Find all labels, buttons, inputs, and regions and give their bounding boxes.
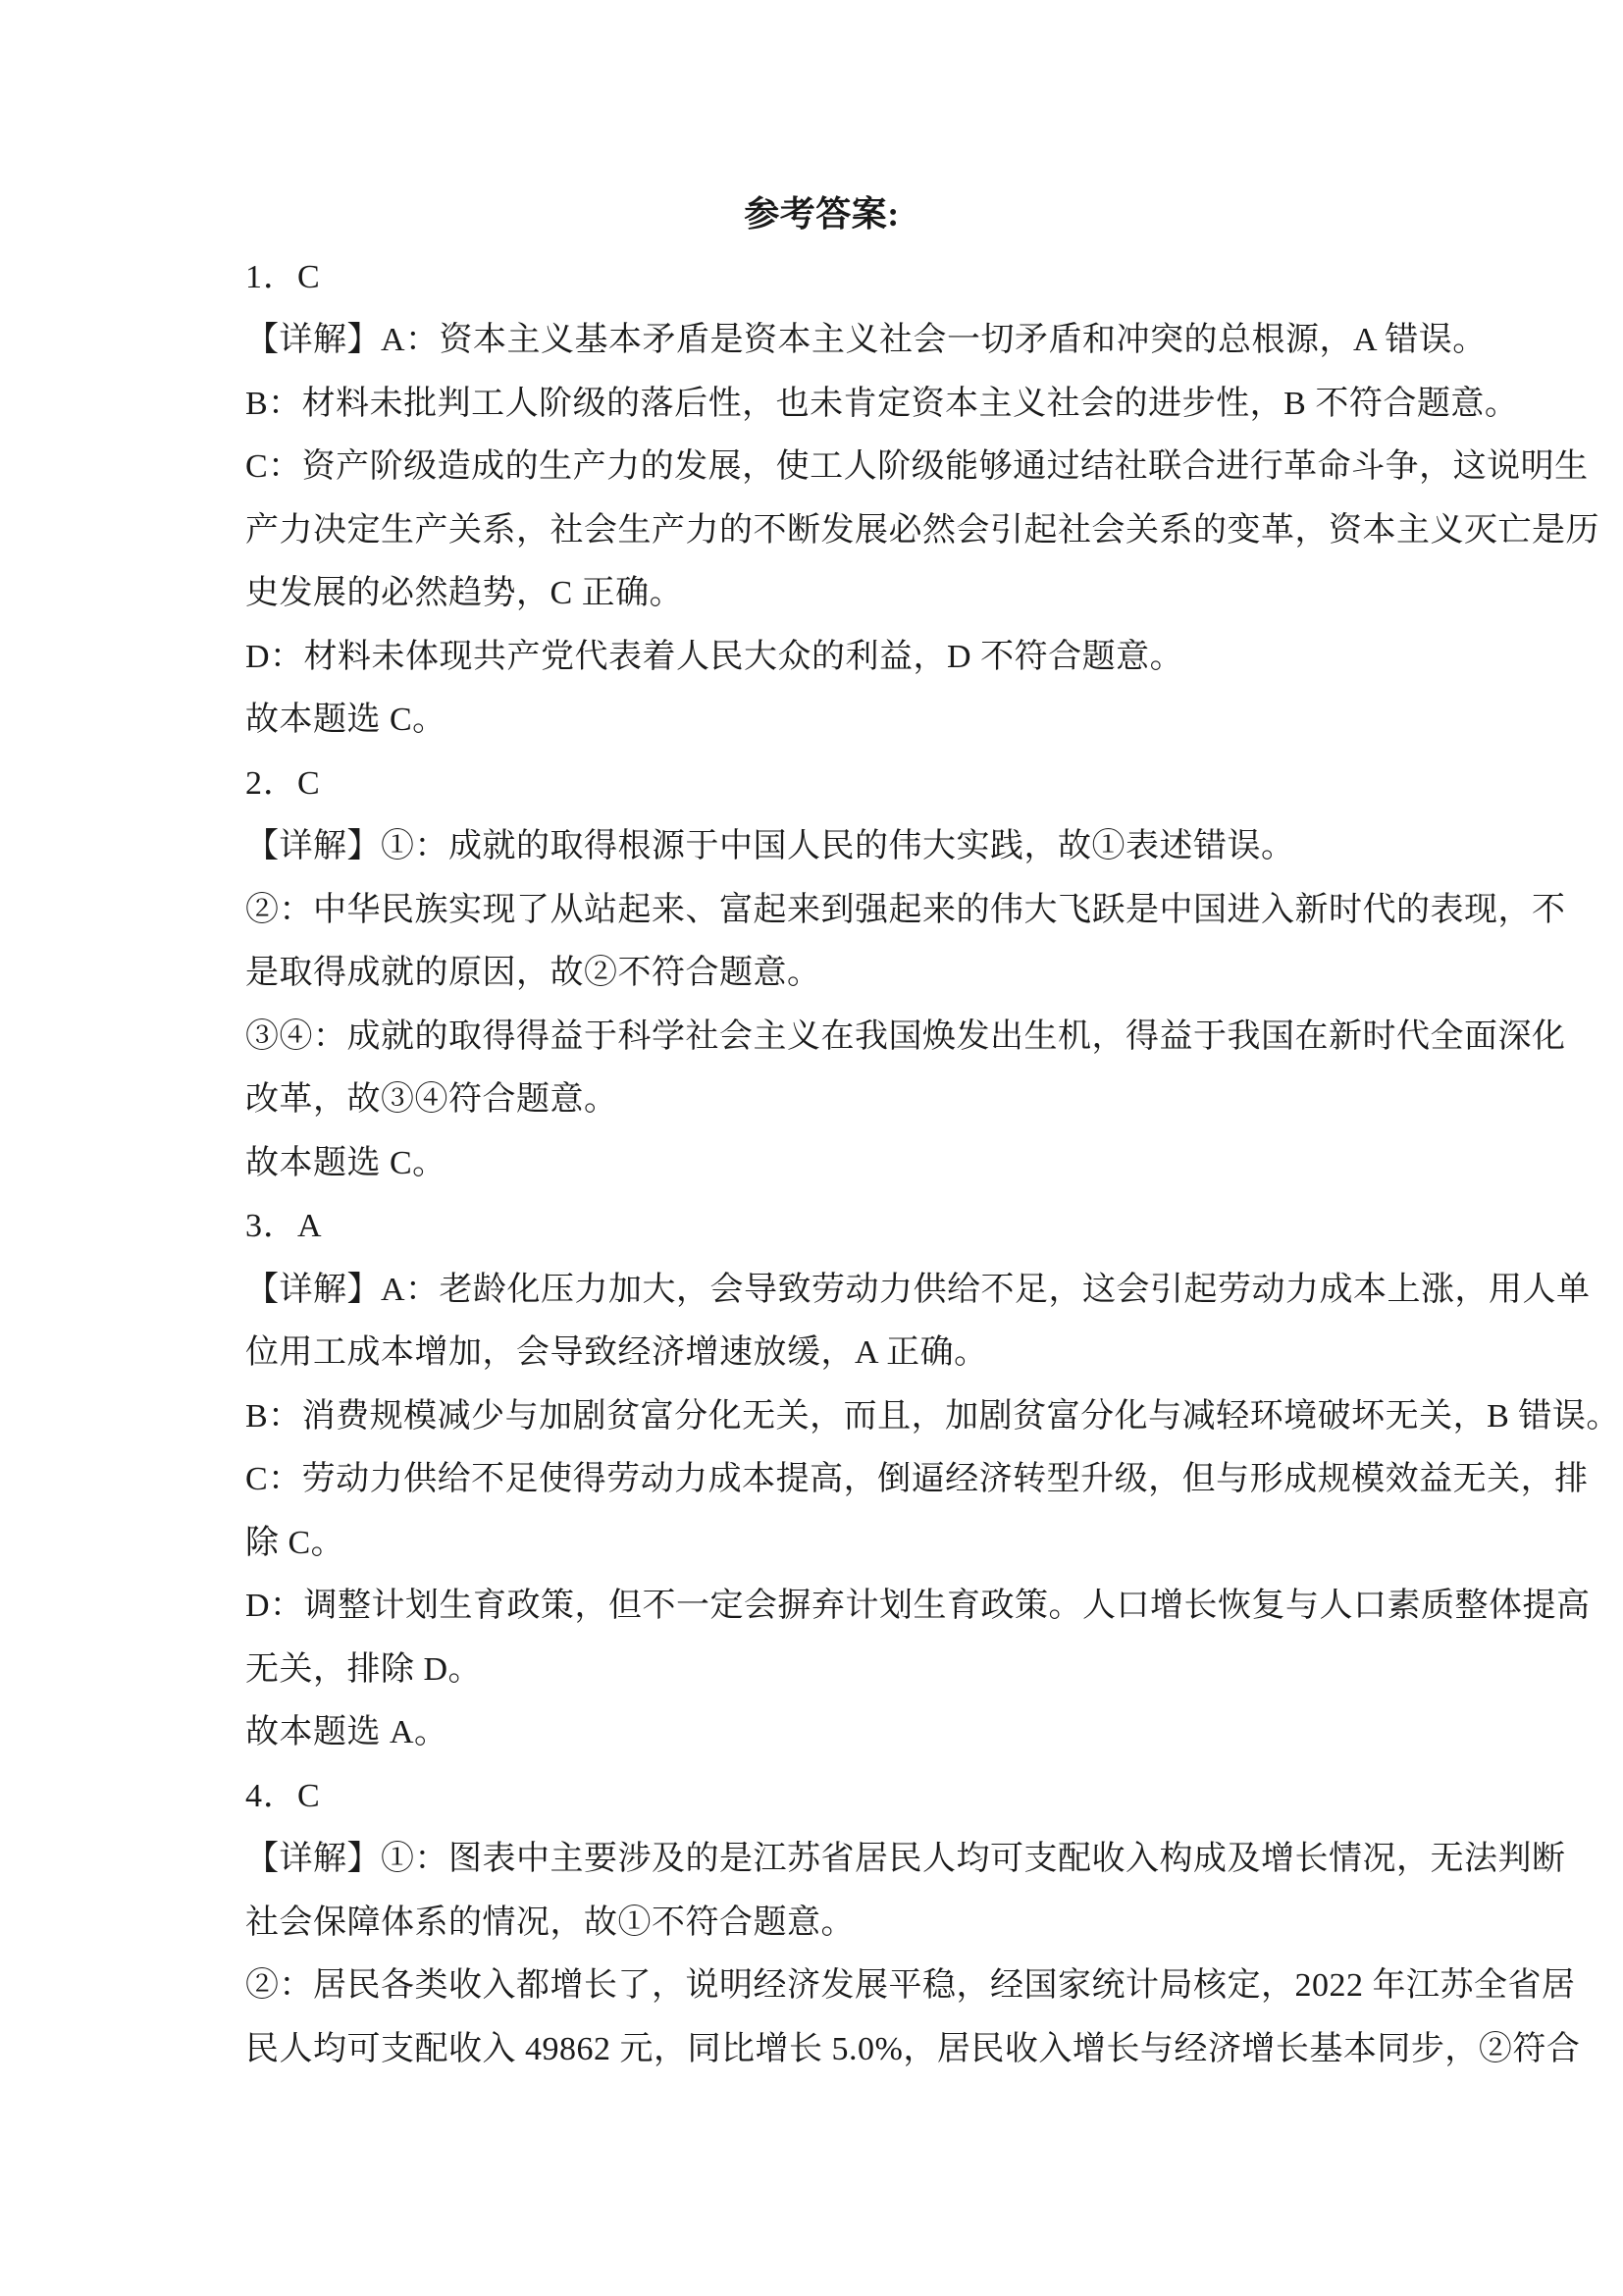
answer-4-explanation-line: ②：居民各类收入都增长了，说明经济发展平稳，经国家统计局核定，2022 年江苏全… bbox=[245, 1955, 1398, 2018]
document-page: 参考答案: 1．C 【详解】A：资本主义基本矛盾是资本主义社会一切矛盾和冲突的总… bbox=[0, 0, 1623, 2296]
answer-2-label: 2．C bbox=[245, 753, 1398, 816]
answer-3-explanation-line: 无关，排除 D。 bbox=[245, 1639, 1398, 1702]
answer-2-conclusion: 故本题选 C。 bbox=[245, 1132, 1398, 1196]
answer-1-explanation-line: D：材料未体现共产党代表着人民大众的利益，D 不符合题意。 bbox=[245, 626, 1398, 690]
page-title: 参考答案: bbox=[245, 183, 1398, 246]
answer-4-label: 4．C bbox=[245, 1765, 1398, 1829]
answer-3-explanation-line: C：劳动力供给不足使得劳动力成本提高，倒逼经济转型升级，但与形成规模效益无关，排 bbox=[245, 1448, 1398, 1512]
answer-3-conclusion: 故本题选 A。 bbox=[245, 1701, 1398, 1765]
answer-2-explanation-line: 【详解】①：成就的取得根源于中国人民的伟大实践，故①表述错误。 bbox=[245, 815, 1398, 879]
answer-2-explanation-line: 是取得成就的原因，故②不符合题意。 bbox=[245, 942, 1398, 1006]
answer-key-content: 参考答案: 1．C 【详解】A：资本主义基本矛盾是资本主义社会一切矛盾和冲突的总… bbox=[245, 183, 1398, 2081]
answer-2-explanation-line: ②：中华民族实现了从站起来、富起来到强起来的伟大飞跃是中国进入新时代的表现，不 bbox=[245, 879, 1398, 943]
answer-1-explanation-line: 产力决定生产关系，社会生产力的不断发展必然会引起社会关系的变革，资本主义灭亡是历 bbox=[245, 499, 1398, 563]
answer-3-explanation-line: 除 C。 bbox=[245, 1512, 1398, 1576]
answer-1-explanation-line: C：资产阶级造成的生产力的发展，使工人阶级能够通过结社联合进行革命斗争，这说明生 bbox=[245, 436, 1398, 499]
answer-4-explanation-line: 民人均可支配收入 49862 元，同比增长 5.0%，居民收入增长与经济增长基本… bbox=[245, 2018, 1398, 2082]
answer-3-explanation-line: 位用工成本增加，会导致经济增速放缓，A 正确。 bbox=[245, 1322, 1398, 1385]
answer-1-explanation-line: B：材料未批判工人阶级的落后性，也未肯定资本主义社会的进步性，B 不符合题意。 bbox=[245, 373, 1398, 437]
answer-2-explanation-line: 改革，故③④符合题意。 bbox=[245, 1069, 1398, 1132]
answer-2-explanation-line: ③④：成就的取得得益于科学社会主义在我国焕发出生机，得益于我国在新时代全面深化 bbox=[245, 1006, 1398, 1070]
answer-1-label: 1．C bbox=[245, 246, 1398, 310]
answer-1-explanation-line: 【详解】A：资本主义基本矛盾是资本主义社会一切矛盾和冲突的总根源，A 错误。 bbox=[245, 309, 1398, 373]
answer-4-explanation-line: 【详解】①：图表中主要涉及的是江苏省居民人均可支配收入构成及增长情况，无法判断 bbox=[245, 1828, 1398, 1892]
answer-3-explanation-line: B：消费规模减少与加剧贫富分化无关，而且，加剧贫富分化与减轻环境破坏无关，B 错… bbox=[245, 1385, 1398, 1449]
answer-3-explanation-line: 【详解】A：老龄化压力加大，会导致劳动力供给不足，这会引起劳动力成本上涨，用人单 bbox=[245, 1259, 1398, 1323]
answer-3-label: 3．A bbox=[245, 1195, 1398, 1259]
answer-1-conclusion: 故本题选 C。 bbox=[245, 689, 1398, 753]
answer-4-explanation-line: 社会保障体系的情况，故①不符合题意。 bbox=[245, 1892, 1398, 1956]
answer-3-explanation-line: D：调整计划生育政策，但不一定会摒弃计划生育政策。人口增长恢复与人口素质整体提高 bbox=[245, 1575, 1398, 1639]
answer-1-explanation-line: 史发展的必然趋势，C 正确。 bbox=[245, 562, 1398, 626]
